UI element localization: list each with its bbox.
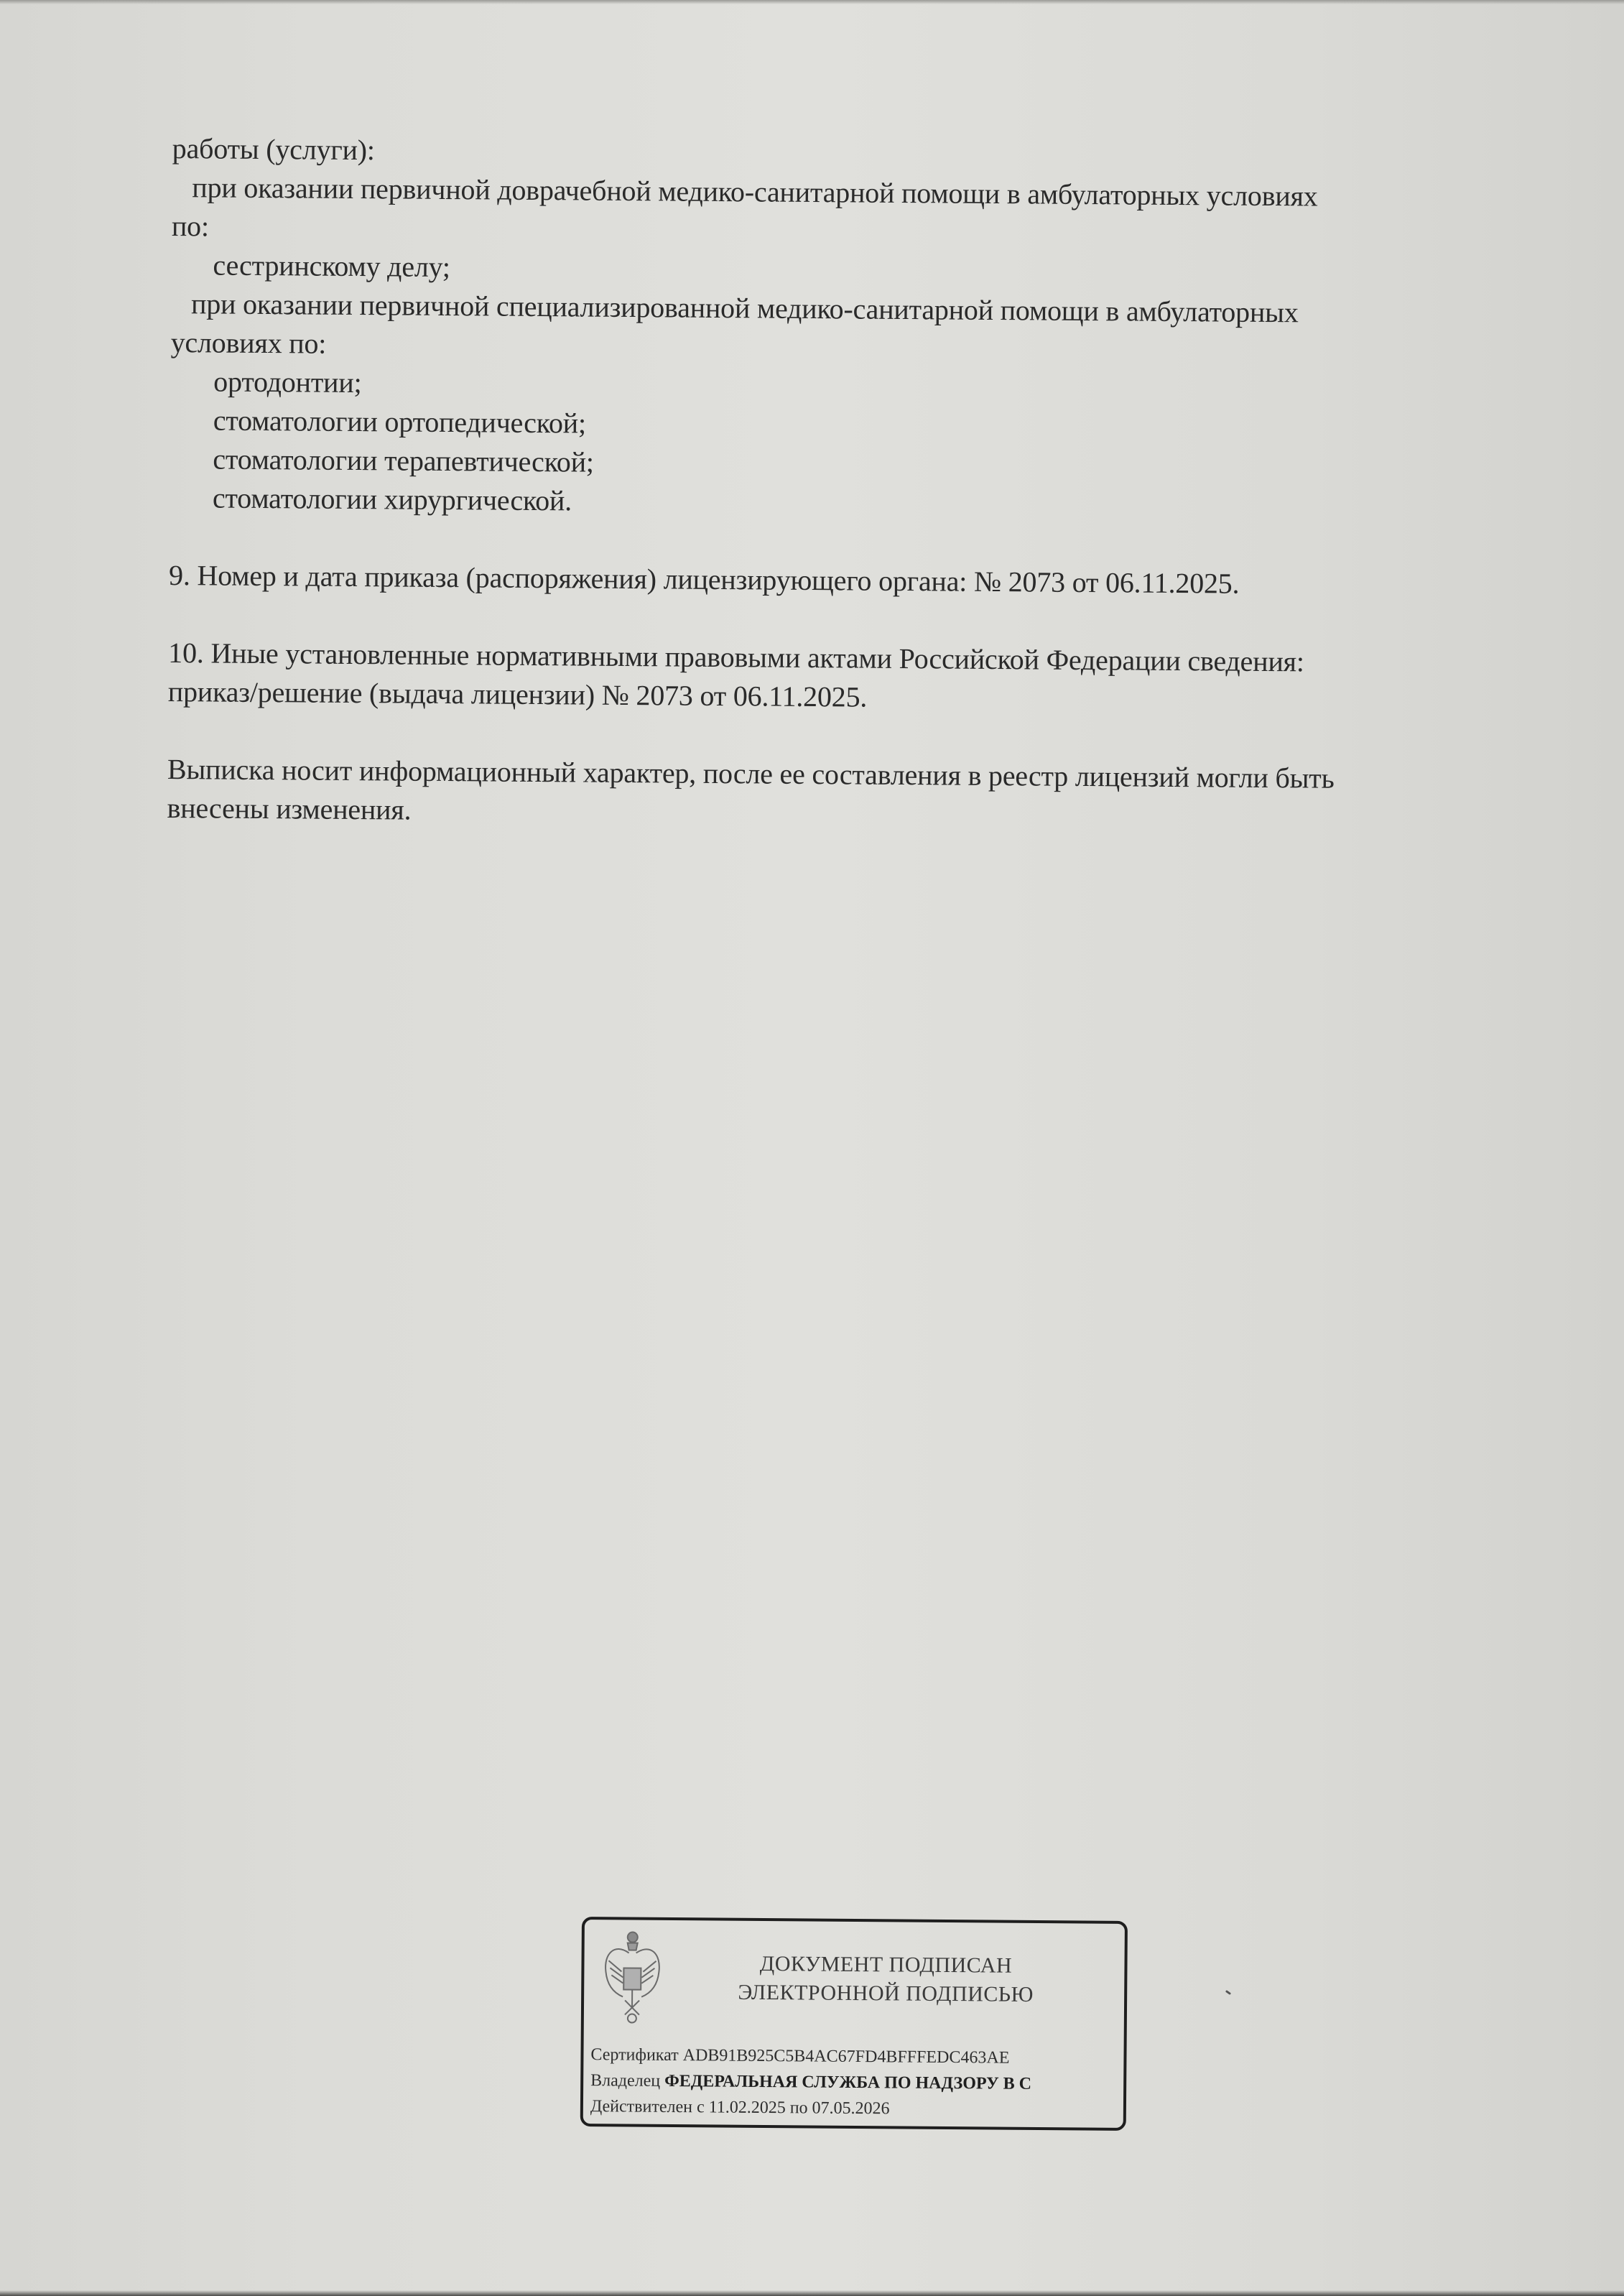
validity-row: Действителен с 11.02.2025 по 07.05.2026: [590, 2093, 1122, 2124]
stamp-title: ДОКУМЕНТ ПОДПИСАН ЭЛЕКТРОННОЙ ПОДПИСЬЮ: [677, 1949, 1095, 2010]
owner-value: ФЕДЕРАЛЬНАЯ СЛУЖБА ПО НАДЗОРУ В С: [664, 2072, 1031, 2093]
electronic-signature-stamp: ДОКУМЕНТ ПОДПИСАН ЭЛЕКТРОННОЙ ПОДПИСЬЮ С…: [580, 1917, 1128, 2131]
page-top-edge: [0, 0, 1624, 4]
document-body: работы (услуги): при оказании первичной …: [167, 129, 1537, 838]
certificate-row: Сертификат ADB91B925C5B4AC67FD4BFFFEDC46…: [590, 2042, 1122, 2072]
stamp-title-line-2: ЭЛЕКТРОННОЙ ПОДПИСЬЮ: [677, 1978, 1094, 2010]
certificate-value: ADB91B925C5B4AC67FD4BFFFEDC463AE: [683, 2046, 1010, 2068]
stamp-title-line-1: ДОКУМЕНТ ПОДПИСАН: [677, 1949, 1094, 1981]
stamp-info: Сертификат ADB91B925C5B4AC67FD4BFFFEDC46…: [590, 2042, 1123, 2124]
paper-speck: [1225, 1990, 1231, 1995]
page-bottom-edge: [0, 2290, 1624, 2296]
russian-coat-of-arms-icon: [600, 1928, 665, 2029]
owner-row: Владелец ФЕДЕРАЛЬНАЯ СЛУЖБА ПО НАДЗОРУ В…: [590, 2068, 1122, 2098]
certificate-label: Сертификат: [590, 2045, 678, 2065]
owner-label: Владелец: [590, 2071, 660, 2091]
